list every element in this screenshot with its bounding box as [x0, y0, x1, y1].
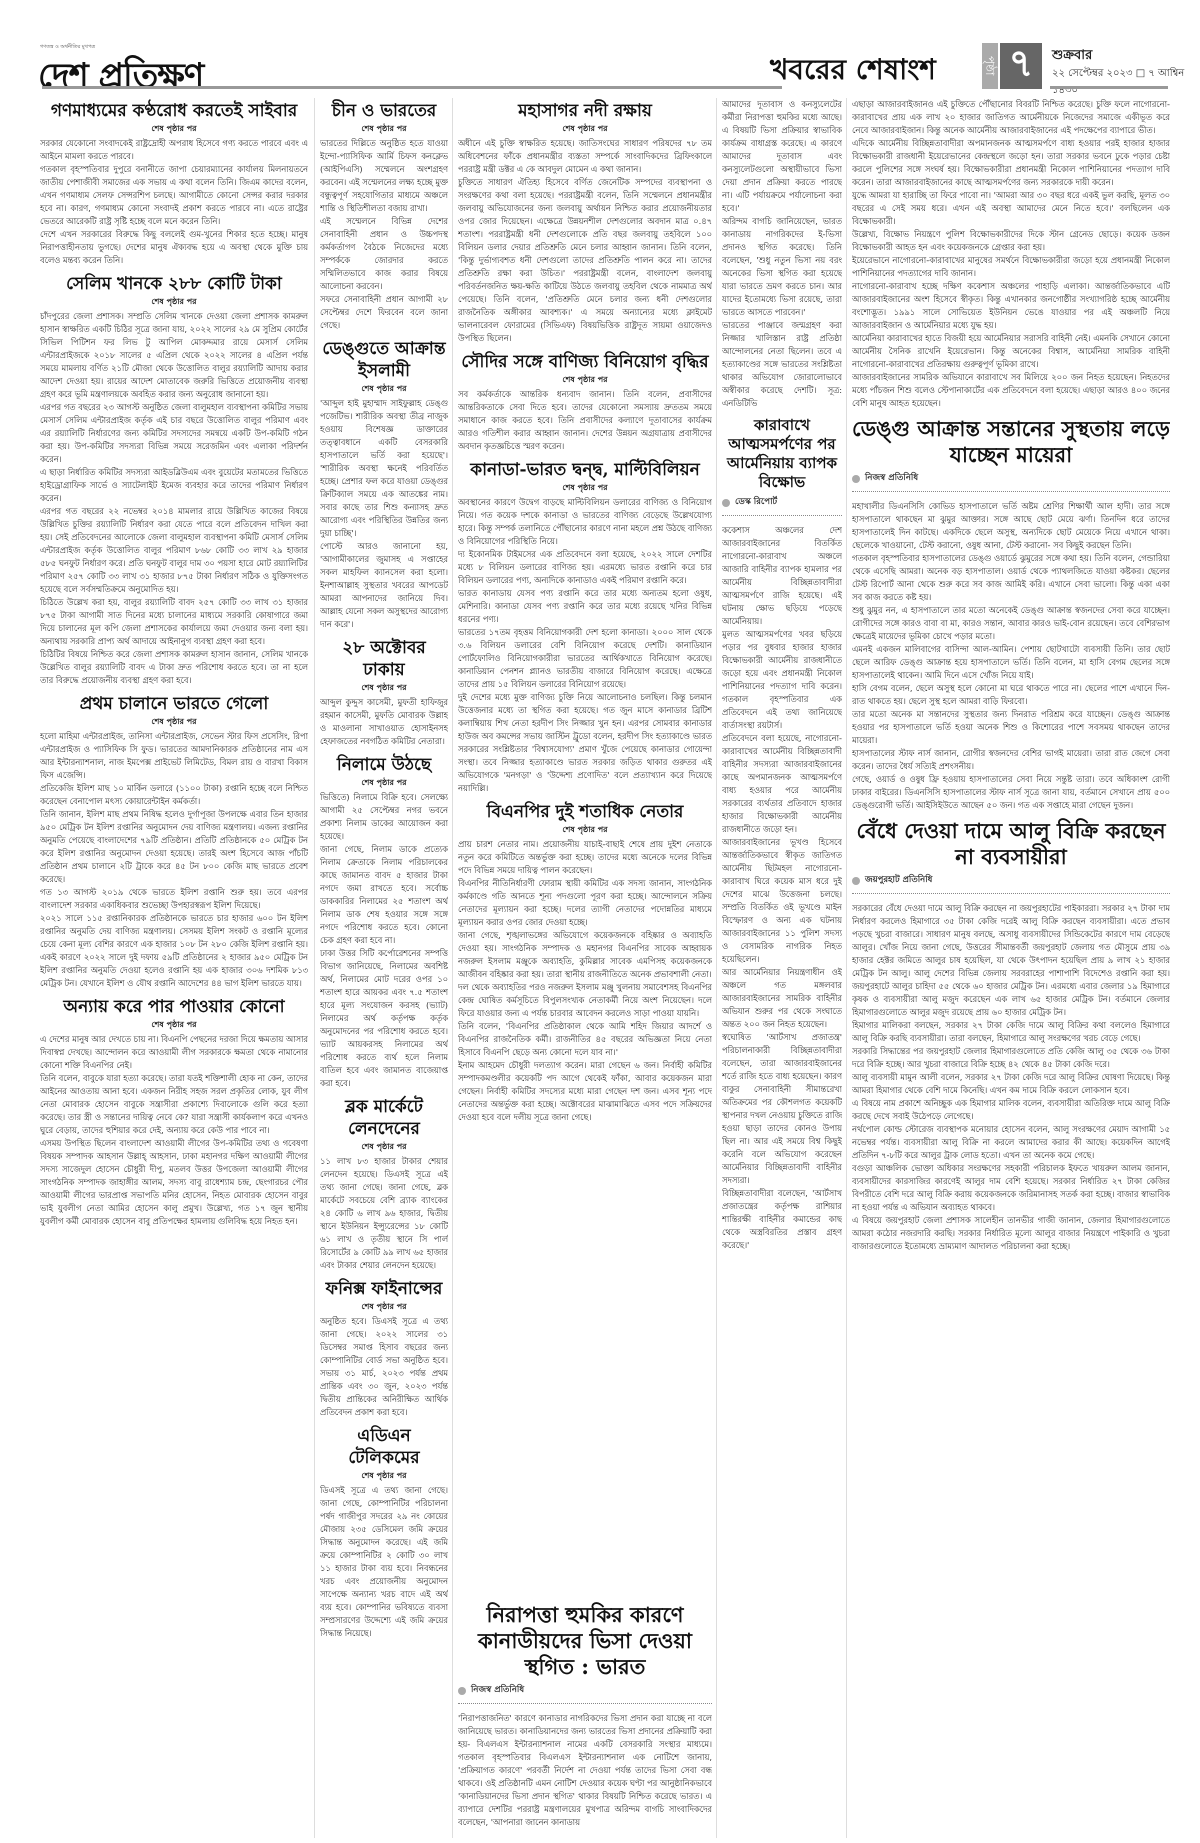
headline: ডেঙ্গুতে আক্রান্ত ইসলামী — [320, 338, 448, 382]
paragraph: এ বিষয়ে নাম প্রকাশে অনিচ্ছুক এক হিমাগার… — [852, 1097, 1170, 1123]
story-phoenix-finance: ফনিক্স ফাইনান্সের শেষ পৃষ্ঠার পর অনুষ্ঠি… — [320, 1278, 448, 1419]
story-selim-khan: সেলিম খানকে ২৮৮ কোটি টাকা শেষ পৃষ্ঠার পর… — [40, 273, 308, 687]
paragraph: জানা গেছে, শৃঙ্খলাভঙ্গের অভিযোগে কয়েকজন… — [458, 929, 712, 981]
paragraph: গতকাল বৃহস্পতিবার হাসপাতালের ডেঙ্গু ওয়া… — [852, 552, 1170, 604]
column-divider — [452, 98, 453, 1838]
continued-label: শেষ পৃষ্ঠার পর — [458, 373, 712, 386]
paragraph: ইনাম আহমেদ চৌধুরী দলত্যাগ করেন। মারা গেছ… — [458, 1059, 712, 1124]
headline: অন্যায় করে পার পাওয়ার কোনো — [40, 996, 308, 1018]
story-adn-telecom: এডিএন টেলিকমের শেষ পৃষ্ঠার পর ডিএসই সূত্… — [320, 1425, 448, 1640]
paragraph: আজারবাইজানের সামরিক অভিযানে কারাবাখে সব … — [852, 371, 1170, 410]
continued-label: শেষ পৃষ্ঠার পর — [320, 1140, 448, 1153]
paragraph: হলো মাহিমা এন্টারপ্রাইজ, তানিসা এন্টারপ্… — [40, 730, 308, 782]
continued-label: শেষ পৃষ্ঠার পর — [458, 122, 712, 135]
headline: ডেঙ্গু আক্রান্ত সন্তানের সুস্থতায় লড়ে … — [852, 416, 1170, 468]
continued-label: শেষ পৃষ্ঠার পর — [40, 1018, 308, 1031]
headline: কানাডা-ভারত দ্বন্দ্ব, মাল্টিবিলিয়ন — [458, 459, 712, 481]
paragraph: দ্য ইকোনমিক টাইমসের এক প্রতিবেদনে বলা হয… — [458, 548, 712, 587]
column-center: মহাসাগর নদী রক্ষায় শেষ পৃষ্ঠার পর অধীনে… — [458, 98, 712, 1598]
paragraph: বিএনপির নীতিনির্ধারণী ফোরাম স্থায়ী কমিট… — [458, 877, 712, 929]
story-canada-visa: নিরাপত্তা হুমকির কারণে কানাডীয়দের ভিসা … — [458, 1600, 712, 1838]
paragraph: গেছে, ওয়ার্ড ও ওষুধ ফ্রি হওয়ায় হাসপাত… — [852, 773, 1170, 812]
paragraph: সব কর্মকর্তাকে আন্তরিক ধন্যবাদ জানান। তি… — [458, 388, 712, 453]
paragraph: অনুষ্ঠিত হবে। ডিএসই সূত্রে এ তথ্য জানা গ… — [320, 1315, 448, 1419]
paragraph: 'নিরাপত্তাজনিত' কারণে কানাডার নাগরিকদের … — [458, 1712, 712, 1829]
page-number-badge: ৭ — [1000, 43, 1042, 89]
paragraph: এ ছাড়া নির্ধারিত কমিটির সদস্যরা আইডব্লি… — [40, 466, 308, 505]
bullet-icon — [722, 499, 730, 507]
story-canada-india: কানাডা-ভারত দ্বন্দ্ব, মাল্টিবিলিয়ন শেষ … — [458, 459, 712, 795]
headline: সেলিম খানকে ২৮৮ কোটি টাকা — [40, 273, 308, 295]
paragraph: সরকার যেকোনো সংবাদকেই রাষ্ট্রদ্রোহী অপরা… — [40, 137, 308, 163]
paragraph: আর্মেনিয়া কারাবাখের হাতে বিজয়ী হয়ে আর… — [852, 332, 1170, 371]
paragraph: চুক্তিতে সাধারণ ঐতিহ্য হিসেবে বর্ণিত জেন… — [458, 176, 712, 345]
bullet-icon — [458, 1687, 466, 1695]
paragraph: প্রতিবেদনে বলা হয়েছে, নাগোরনো-কারাবাখের… — [722, 732, 842, 836]
paragraph: ডিএসই সূত্রে এ তথ্য জানা গেছে। জানা গেছে… — [320, 1484, 448, 1640]
paragraph: ভারত কানাডায় যেসব পণ্য রপ্তানি করে তার … — [458, 587, 712, 626]
paragraph: ককেশাস অঞ্চলের দেশ আজারবাইজানের বিতর্কিত… — [722, 524, 842, 628]
paragraph: চিঠিতে উল্লেখ করা হয়, বালুর রয়্যালিটি … — [40, 596, 308, 648]
paragraph: অরিন্দম বাগচি জানিয়েছেন, ভারত কানাডায় … — [722, 215, 842, 319]
paragraph: সরকারি সিদ্ধান্তের পর জয়পুরহাট জেলার হি… — [852, 1045, 1170, 1071]
paragraph: স্বঘোষিত 'আর্টসাখ প্রজাতন্ত্র' পরিচালনাক… — [722, 1031, 842, 1187]
bullet-icon — [852, 475, 860, 483]
paragraph: 'আব্দুল হাই মুহাম্মাদ সাইফুল্লাহ ডেঙ্গু … — [320, 397, 448, 540]
paragraph: এ দেশের মানুষ আর দেখতে চায় না। বিএনপি প… — [40, 1033, 308, 1072]
weekday: শুক্রবার — [1052, 46, 1092, 67]
paragraph: হিমাগার মালিকরা বলছেন, সরকার ২৭ টাকা কেজ… — [852, 1019, 1170, 1045]
paragraph: এসময় উপস্থিত ছিলেন বাংলাদেশ আওয়ামী লীগ… — [40, 1137, 308, 1228]
paragraph: মুলত আত্মসমর্পণের খবর ছড়িয়ে পড়ার পর ব… — [722, 628, 842, 732]
paragraph: দল থেকে অব্যাহতির পরও নজরুল ইসলাম মঞ্জু … — [458, 981, 712, 1020]
paragraph: হাসি বেগম বলেন, ছেলে অসুস্থ হলে কোনো মা … — [852, 682, 1170, 708]
page-label: পৃষ্ঠা — [982, 43, 998, 89]
paragraph: ভারতের ১৭তম বৃহত্তম বিনিয়োগকারী দেশ হলো… — [458, 626, 712, 691]
paragraph: গত ১৩ আগস্ট ২০১৯ থেকে ভারতে ইলিশ রপ্তানি… — [40, 886, 308, 912]
divider — [722, 515, 842, 516]
paragraph: এরপর গত বছরের ২২ নভেম্বর ২০১৪ মামলার রায… — [40, 505, 308, 596]
paragraph: প্রতিকেজি ইলিশ মাছ ১০ মার্কিন ডলারে (১১০… — [40, 782, 308, 808]
paragraph: আজারবাইজানের ভূখণ্ড হিসেবে আন্তর্জাতিকভা… — [722, 836, 842, 966]
story-potato-price: বেঁধে দেওয়া দামে আলু বিক্রি করছেন না ব্… — [852, 818, 1170, 1253]
headline: ফনিক্স ফাইনান্সের — [320, 1278, 448, 1300]
byline: জয়পুরহাট প্রতিনিধি — [852, 874, 1170, 887]
continued-label: শেষ পৃষ্ঠার পর — [320, 122, 448, 135]
paragraph: আর আর্মেনিয়ার নিয়ন্ত্রণাধীন ওই অঞ্চলে … — [722, 966, 842, 1031]
headline: ২৮ অক্টোবর ঢাকায় — [320, 637, 448, 681]
continued-label: শেষ পৃষ্ঠার পর — [320, 382, 448, 395]
column-divider — [314, 98, 315, 1838]
continued-label: শেষ পৃষ্ঠার পর — [458, 481, 712, 494]
headline: সৌদির সঙ্গে বাণিজ্য বিনিয়োগ বৃদ্ধির — [458, 351, 712, 373]
byline: নিজস্ব প্রতিনিধি — [852, 472, 1170, 485]
paragraph: প্রায় চারশ নেতার নাম। প্রয়োজনীয় যাচাই… — [458, 838, 712, 877]
continued-label: শেষ পৃষ্ঠার পর — [320, 1300, 448, 1313]
headline: ব্লক মার্কেটে লেনদেনের — [320, 1096, 448, 1140]
masthead-rule-right — [1050, 86, 1168, 89]
paragraph: পোস্টে আরও জানানো হয়, 'আগামীকালের জুমাস… — [320, 540, 448, 631]
story-auction: নিলামে উঠছে শেষ পৃষ্ঠার পর ভিত্তিতে) নিল… — [320, 754, 448, 1090]
headline: চীন ও ভারতের — [320, 100, 448, 122]
column-divider — [716, 98, 717, 1838]
paragraph: এ বিষয়ে জয়পুরহাট জেলা প্রশাসক সালেহীন … — [852, 1214, 1170, 1253]
headline: প্রথম চালানে ভারতে গেলো — [40, 693, 308, 715]
headline: মহাসাগর নদী রক্ষায় — [458, 100, 712, 122]
story-ocean-river: মহাসাগর নদী রক্ষায় শেষ পৃষ্ঠার পর অধীনে… — [458, 100, 712, 345]
headline: বিএনপির দুই শতাধিক নেতার — [458, 801, 712, 823]
story-dengue-mothers: ডেঙ্গু আক্রান্ত সন্তানের সুস্থতায় লড়ে … — [852, 416, 1170, 812]
paragraph: এই সম্মেলনে বিভিন্ন দেশের সেনাবাহিনী প্র… — [320, 215, 448, 293]
paragraph: ভারতের পাঞ্জাবে জন্মগ্রহণ করা নিজ্জার খা… — [722, 319, 842, 410]
section-title: খবরের শেষাংশ — [770, 48, 936, 95]
headline: নিলামে উঠছে — [320, 754, 448, 776]
continued-label: শেষ পৃষ্ঠার পর — [40, 122, 308, 135]
story-bnp-leaders: বিএনপির দুই শতাধিক নেতার শেষ পৃষ্ঠার পর … — [458, 801, 712, 1124]
continued-label: শেষ পৃষ্ঠার পর — [40, 715, 308, 728]
continued-label: শেষ পৃষ্ঠার পর — [320, 776, 448, 789]
paragraph: অবস্থানের কারণে উদ্বেগ বাড়ছে মাল্টিবিলি… — [458, 496, 712, 548]
story-october-28: ২৮ অক্টোবর ঢাকায় শেষ পৃষ্ঠার পর আব্দুল … — [320, 637, 448, 748]
paragraph: উল্লেখ্য, বিক্ষোভ নিয়ন্ত্রণে পুলিশ বিক্… — [852, 228, 1170, 254]
paragraph: শুধু ঝুমুর নন, এ হাসপাতালে তার মতো অনেকে… — [852, 604, 1170, 643]
headline: গণমাধ্যমের কণ্ঠরোধ করতেই সাইবার — [40, 100, 308, 122]
paragraph: ভিত্তিতে) নিলামে বিক্রি হবে। সেলক্ষ্যে আ… — [320, 791, 448, 843]
paragraph: সফরে সেনাবাহিনী প্রধান আগামী ২৮ সেপ্টেম্… — [320, 293, 448, 332]
paragraph: এরপর গত বছরের ২৩ আগস্ট অনুষ্ঠিত জেলা বাল… — [40, 401, 308, 466]
continued-label: শেষ পৃষ্ঠার পর — [320, 1469, 448, 1482]
paragraph: আব্দুল কুদ্দুস কাসেমী, মুফতী হাফিজুর রহম… — [320, 696, 448, 748]
headline: এডিএন টেলিকমের — [320, 1425, 448, 1469]
story-hilsa-export: প্রথম চালানে ভারতে গেলো শেষ পৃষ্ঠার পর হ… — [40, 693, 308, 990]
paragraph: আমাদের দূতাবাস ও কনস্যুলেটের কর্মীরা নির… — [722, 98, 842, 215]
column-right: এছাড়া আজারবাইজানও এই চুক্তিতে পৌঁছানোর … — [852, 98, 1170, 1838]
paragraph: ১১ লাখ ৮৩ হাজার টাকার শেয়ার লেনদেন হয়ে… — [320, 1155, 448, 1272]
paragraph: এদিকে আর্মেনীয় বিচ্ছিন্নতাবাদীরা অপমানজ… — [852, 137, 1170, 189]
paragraph: সরকারের বেঁধে দেওয়া দামে আলু বিক্রি করছ… — [852, 902, 1170, 1019]
paragraph: নর্থপোল কোল্ড স্টোরেজ ব্যবস্থাপক মনোয়ার… — [852, 1123, 1170, 1162]
column-divider — [846, 98, 847, 1838]
paragraph: বগুড়া আঞ্চলিক ভোক্তা অধিকার সংরক্ষণের স… — [852, 1162, 1170, 1214]
headline: কারাবাখে আত্মসমর্পণের পর আর্মেনিয়ায় ব্… — [722, 416, 842, 492]
paragraph: এছাড়া আজারবাইজানও এই চুক্তিতে পৌঁছানোর … — [852, 98, 1170, 137]
divider — [852, 491, 1170, 492]
column-karabakh: আমাদের দূতাবাস ও কনস্যুলেটের কর্মীরা নির… — [722, 98, 842, 1838]
byline: নিজস্ব প্রতিনিধি — [458, 1684, 712, 1697]
paragraph: তার মতো অনেক মা সন্তানদের সুস্থতার জন্য … — [852, 708, 1170, 747]
headline: বেঁধে দেওয়া দামে আলু বিক্রি করছেন না ব্… — [852, 818, 1170, 870]
issue-date: ২২ সেপ্টেম্বর ২০২৩ □ ৭ আশ্বিন ১৪৩০ — [1052, 66, 1200, 100]
paragraph: ইয়েরেভানে নাগোরনো-কারাবাখের মানুষের সমর… — [852, 254, 1170, 280]
paragraph: মহাখালীর ডিএনসিসি কোভিড হাসপাতালে ভর্তি … — [852, 500, 1170, 552]
headline: নিরাপত্তা হুমকির কারণে কানাডীয়দের ভিসা … — [458, 1602, 712, 1680]
paragraph: বিচ্ছিন্নতাবাদীরা বলেছেন, 'আর্টসাখ প্রজা… — [722, 1187, 842, 1252]
bullet-icon — [852, 877, 860, 885]
byline: ডেস্ক রিপোর্ট — [722, 496, 842, 509]
continued-label: শেষ পৃষ্ঠার পর — [458, 823, 712, 836]
story-cyber-act: গণমাধ্যমের কণ্ঠরোধ করতেই সাইবার শেষ পৃষ্… — [40, 100, 308, 267]
story-azerbaijan-continued: এছাড়া আজারবাইজানও এই চুক্তিতে পৌঁছানোর … — [852, 98, 1170, 410]
column-left: গণমাধ্যমের কণ্ঠরোধ করতেই সাইবার শেষ পৃষ্… — [40, 98, 308, 1838]
paragraph: আলু ব্যবসায়ী মামুন আলী বলেন, সরকার ২৭ ট… — [852, 1071, 1170, 1097]
continued-label: শেষ পৃষ্ঠার পর — [320, 681, 448, 694]
paragraph: জানা গেছে, নিলাম ডাকে প্রত্যেক নিলাম ক্র… — [320, 843, 448, 947]
continued-label: শেষ পৃষ্ঠার পর — [40, 295, 308, 308]
paragraph: হাসপাতালের স্টাফ নার্স জানান, রোগীর স্বজ… — [852, 747, 1170, 773]
story-block-market: ব্লক মার্কেটে লেনদেনের শেষ পৃষ্ঠার পর ১১… — [320, 1096, 448, 1272]
story-saudi-trade: সৌদির সঙ্গে বাণিজ্য বিনিয়োগ বৃদ্ধির শেষ… — [458, 351, 712, 453]
story-china-india: চীন ও ভারতের শেষ পৃষ্ঠার পর ভারতের দিল্ল… — [320, 100, 448, 332]
paragraph: চাঁদপুরের জেলা প্রশাসক। সম্প্রতি সেলিম খ… — [40, 310, 308, 401]
column-narrow: চীন ও ভারতের শেষ পৃষ্ঠার পর ভারতের দিল্ল… — [320, 98, 448, 1838]
paragraph: অধীনে এই চুক্তি স্বাক্ষরিত হয়েছে। জাতিস… — [458, 137, 712, 176]
paragraph: গতকাল বৃহস্পতিবার দুপুরে বনানীতে জাপা চে… — [40, 163, 308, 228]
paragraph: তিনি বলেন, বাবুকে যারা হত্যা করেছে। তারা… — [40, 1072, 308, 1137]
paragraph: চিঠিটির বিষয়ে নিশ্চিত করে জেলা প্রশাসক … — [40, 648, 308, 687]
paragraph: তিনি জানান, ইলিশ মাছ প্রথম নিষিদ্ধ হলেও … — [40, 808, 308, 886]
paragraph: যুদ্ধে আমরা যা হারাচ্ছি তা ফিরে পাবো না।… — [852, 189, 1170, 228]
paragraph: এমনই একজন মালিবাগের বাসিন্দা আল-আমিন। পে… — [852, 643, 1170, 682]
paragraph: ঢাকা উত্তর সিটি কর্পোরেশনের সম্পত্তি বিভ… — [320, 947, 448, 1090]
paragraph: ২০২১ সালে ১১৫ রপ্তানিকারক প্রতিষ্ঠানকে ভ… — [40, 912, 308, 990]
paragraph: নাগোরনো-কারাবাখ হচ্ছে দক্ষিণ ককেশাস অঞ্চ… — [852, 280, 1170, 332]
paragraph: দুই দেশের মধ্যে মুক্ত বাণিজ্য চুক্তি নিয… — [458, 691, 712, 795]
story-dengue-islamic: ডেঙ্গুতে আক্রান্ত ইসলামী শেষ পৃষ্ঠার পর … — [320, 338, 448, 631]
divider — [852, 893, 1170, 894]
divider — [458, 1703, 712, 1704]
paragraph: ভারতের দিল্লিতে অনুষ্ঠিত হতে যাওয়া ইন্দ… — [320, 137, 448, 215]
masthead-rule-left — [42, 86, 782, 89]
paragraph: তিনি বলেন, 'বিএনপির প্রতিষ্ঠাকাল থেকে আম… — [458, 1020, 712, 1059]
story-injustice: অন্যায় করে পার পাওয়ার কোনো শেষ পৃষ্ঠার… — [40, 996, 308, 1228]
paragraph: দেশে এখন সরকারের বিরুদ্ধে কিছু বললেই গুম… — [40, 228, 308, 267]
